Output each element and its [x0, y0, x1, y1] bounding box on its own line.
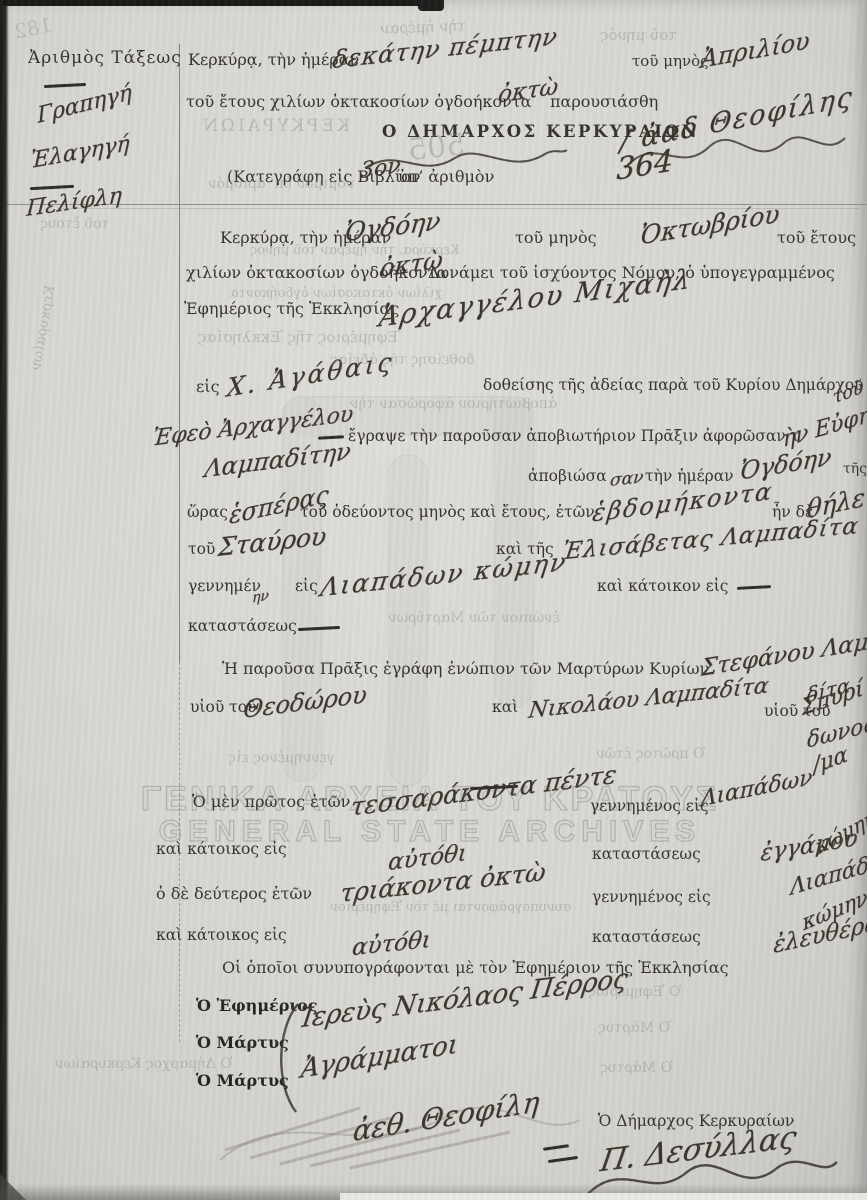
- bleedthrough-text: νόμιμον ὑπ’ ἀριθμόν: [208, 176, 354, 192]
- permission-clause: δοθείσης τῆς ἀδείας παρὰ τοῦ Κυρίου Δημά…: [483, 376, 864, 394]
- scan-edge-notch: [418, 0, 444, 11]
- presentation-year-label: τοῦ ἔτους χιλίων ὀκτακοσίων ὀγδοήκοντα: [186, 92, 531, 111]
- register-number-handwriting: 364: [616, 143, 673, 187]
- hour-label: ὥρας: [187, 503, 228, 521]
- margin-handwritten-note: Ἐλαγηγή: [30, 131, 130, 174]
- died-label: ἀποβιώσα: [528, 467, 607, 485]
- priest-of-church-label: Ἐφημέριος τῆς Ἐκκλησίας: [184, 299, 399, 318]
- order-number-label: Ἀριθμὸς Τάξεως: [28, 48, 182, 68]
- presented-label: παρουσιάσθη: [550, 92, 658, 111]
- bleedthrough-text: ἀποβιωτήριον ἀφορῶσαν τὴν: [350, 396, 557, 412]
- bleedthrough-text: τὴν ἡμέραν: [380, 17, 466, 38]
- margin-divider-line: [179, 44, 180, 662]
- page-corner-fold: [0, 1174, 26, 1200]
- act-month-handwriting: Ὀκτωβρίου: [640, 199, 781, 251]
- born-at-label: εἰς: [295, 577, 318, 595]
- ink-dash: [737, 585, 771, 590]
- register-number-label: ὑπ’ ἀριθμὸν: [398, 167, 494, 186]
- second-witness-status-label: καταστάσεως: [592, 928, 701, 946]
- father-label: τοῦ: [188, 540, 215, 558]
- and-label: καὶ: [492, 698, 518, 716]
- second-witness-born-label: γεννημένος εἰς: [592, 888, 711, 906]
- first-witness-age-label: Ὁ μὲν πρῶτος ἐτῶν: [192, 792, 350, 811]
- bleedthrough-text: Ὁ πρῶτος ἐτῶν: [596, 746, 705, 762]
- presentation-month-label: τοῦ μηνὸς: [632, 52, 709, 70]
- witnesses-note-handwriting: Ἀγράμματοι: [299, 1029, 459, 1085]
- bleedthrough-text: δοθείσης τῆς ἀδείας: [330, 352, 475, 368]
- born-suffix-handwriting: ην: [252, 587, 269, 606]
- wrote-act-clause: ἔγραψε τὴν παροῦσαν ἀποβιωτήριον Πρᾶξιν …: [348, 427, 799, 445]
- bleedthrough-text: ἐνώπιον τῶν Μαρτύρων: [388, 610, 560, 626]
- bleedthrough-text: Ὁ Μάρτυς: [600, 1060, 673, 1076]
- current-month-year-age-label: τοῦ ὁδεύοντος μηνὸς καὶ ἔτους, ἐτῶν: [300, 503, 595, 521]
- act-year-label: τοῦ ἔτους: [777, 228, 856, 247]
- second-witness-resident-label: καὶ κάτοικος εἰς: [156, 926, 287, 944]
- witnesses-intro: Ἡ παροῦσα Πρᾶξις ἐγράφη ἐνώπιον τῶν Μαρτ…: [222, 659, 709, 678]
- born-label: γεννημέν: [188, 577, 261, 595]
- bleedthrough-text: συνυπογράφονται μὲ τὸν Ἐφημέριον: [330, 900, 571, 915]
- presentation-month-handwriting: Ἀπριλίου: [700, 26, 811, 74]
- bleedthrough-text: ΚΕΡΚΥΡΑΙΩΝ: [200, 116, 350, 136]
- of-the-label: τῆς: [843, 461, 867, 477]
- bleedthrough-text: τοῦ ἔτους: [40, 216, 109, 232]
- page-bottom-highlight: [340, 1193, 867, 1200]
- scan-edge-top: [0, 0, 432, 6]
- status-label: καταστάσεως: [188, 617, 297, 635]
- resident-label: καὶ κάτοικον εἰς: [597, 577, 728, 595]
- bleedthrough-text: Κερκύρᾳ, τὴν ἡμέραν τοῦ μηνὸς: [250, 243, 460, 258]
- bleedthrough-text: Ὁ Μάρτυς: [598, 1020, 671, 1036]
- cosign-clause: Οἱ ὁποῖοι συνυπογράφονται μὲ τὸν Ἐφημέρι…: [222, 958, 729, 977]
- ink-dash: [44, 83, 86, 88]
- died-suffix-handwriting: σαν: [609, 467, 644, 491]
- bleedthrough-text: γεννημένος εἰς: [228, 750, 335, 766]
- scan-edge-left: [0, 0, 9, 1200]
- act-day-handwriting: Ὀγδόην: [344, 206, 443, 247]
- second-witness-residence-handwriting: αὐτόθι: [351, 927, 433, 962]
- at-label: εἰς: [196, 377, 220, 396]
- act-month-label: τοῦ μηνὸς: [515, 228, 597, 247]
- bleedthrough-corner-number: 182: [12, 12, 54, 43]
- bleedthrough-text: Ἐφημέριος τῆς Ἐκκλησίας: [198, 328, 400, 346]
- ink-dash: [30, 185, 74, 190]
- bleedthrough-text: τοῦ μηνός: [600, 26, 677, 44]
- bleedthrough-text: Ὁ Ἐφημέριος: [588, 984, 681, 1000]
- second-witness-age-label: ὁ δὲ δεύτερος ἐτῶν: [156, 884, 312, 903]
- bleedthrough-text: Ὁ Δήμαρχος Κερκυραίων: [55, 1056, 232, 1072]
- bleedthrough-number: 505: [406, 127, 467, 168]
- first-witness-resident-label: καὶ κάτοικος εἰς: [156, 840, 287, 858]
- first-witness-born-label: γεννημένος εἰς: [590, 797, 709, 815]
- first-witness-status-label: καταστάσεως: [592, 845, 701, 863]
- bleedthrough-text: Κερκυραίων: [28, 284, 59, 372]
- bleedthrough-text: χιλίων ὀκτακοσίων ὀγδοήκοντα: [230, 286, 442, 301]
- scanned-death-record-page: ΓΕΝΙΚΑ ΑΡΧΕΙΑ ΤΟΥ ΚΡΑΤΟΥΣ GENERAL STATE …: [0, 0, 867, 1200]
